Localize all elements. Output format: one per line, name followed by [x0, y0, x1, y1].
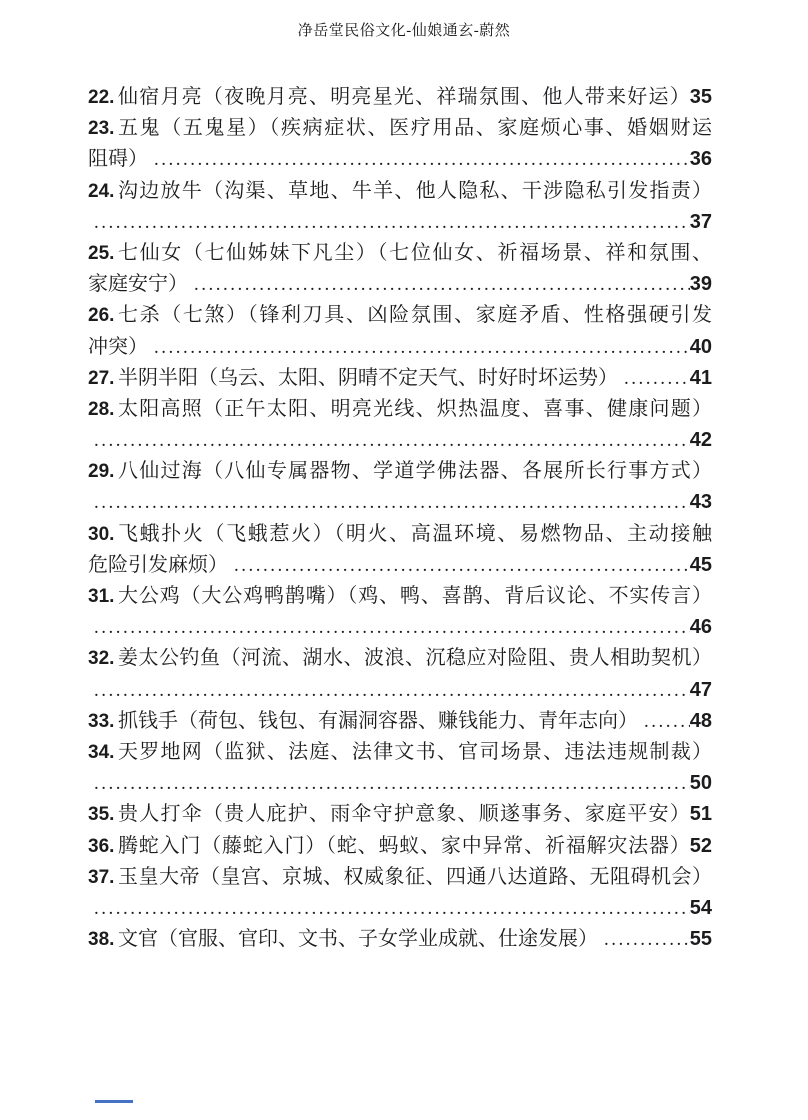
entry-text: 阻碍） [88, 144, 148, 175]
toc-line: 36.腾蛇入门（藤蛇入门）（蛇、蚂蚁、家中异常、祈福解灾法器）52 [88, 831, 712, 862]
toc-line: 32.姜太公钓鱼（河流、湖水、波浪、沉稳应对险阻、贵人相助契机） [88, 643, 712, 674]
entry-text: 七仙女（七仙姊妹下凡尘）（七位仙女、祈福场景、祥和氛围、 [118, 238, 712, 269]
entry-text: 天罗地网（监狱、法庭、法律文书、官司场景、违法违规制裁） [118, 737, 712, 768]
entry-number: 29. [88, 456, 118, 487]
dot-leader: ........................................… [88, 207, 690, 238]
entry-text: 腾蛇入门（藤蛇入门）（蛇、蚂蚁、家中异常、祈福解灾法器） [118, 831, 690, 862]
entry-number: 23. [88, 113, 118, 144]
entry-number: 37. [88, 862, 118, 893]
page-number: 50 [690, 768, 712, 799]
entry-number: 33. [88, 706, 118, 737]
entry-number: 32. [88, 643, 118, 674]
entry-number: 31. [88, 581, 118, 612]
page-number: 39 [690, 269, 712, 300]
dot-leader: ........................................… [148, 144, 690, 175]
toc-line: 29.八仙过海（八仙专属器物、学道学佛法器、各展所长行事方式） [88, 456, 712, 487]
dot-leader: ........................................… [88, 487, 690, 518]
dot-leader: ........................................… [88, 675, 690, 706]
page-number: 52 [690, 831, 712, 862]
toc-line: 35.贵人打伞（贵人庇护、雨伞守护意象、顺遂事务、家庭平安）51 [88, 799, 712, 830]
dot-leader: ........................................… [88, 768, 690, 799]
entry-text: 危险引发麻烦） [88, 550, 228, 581]
page-number: 41 [690, 363, 712, 394]
toc-line: ........................................… [88, 675, 712, 706]
page-number: 55 [690, 924, 712, 955]
entry-text: 七杀（七煞）（锋利刀具、凶险氛围、家庭矛盾、性格强硬引发 [118, 300, 712, 331]
entry-text: 八仙过海（八仙专属器物、学道学佛法器、各展所长行事方式） [118, 456, 712, 487]
page-number: 47 [690, 675, 712, 706]
toc-line: 23.五鬼（五鬼星）（疾病症状、医疗用品、家庭烦心事、婚姻财运 [88, 113, 712, 144]
entry-text: 贵人打伞（贵人庇护、雨伞守护意象、顺遂事务、家庭平安） [118, 799, 690, 830]
toc-line: ........................................… [88, 487, 712, 518]
toc-line: 27.半阴半阳（乌云、太阳、阴晴不定天气、时好时坏运势）............… [88, 363, 712, 394]
toc-line: ........................................… [88, 207, 712, 238]
entry-number: 27. [88, 363, 118, 394]
toc-line: ........................................… [88, 893, 712, 924]
page-number: 40 [690, 332, 712, 363]
dot-leader: ........................................… [598, 924, 690, 955]
entry-number: 30. [88, 519, 118, 550]
dot-leader: ........................................… [228, 550, 690, 581]
dot-leader: ........................................… [638, 706, 690, 737]
page-number: 45 [690, 550, 712, 581]
page-number: 54 [690, 893, 712, 924]
entry-text: 飞蛾扑火（飞蛾惹火）（明火、高温环境、易燃物品、主动接触 [118, 519, 712, 550]
toc-line: 22.仙宿月亮（夜晚月亮、明亮星光、祥瑞氛围、他人带来好运）35 [88, 82, 712, 113]
page-number: 46 [690, 612, 712, 643]
toc-line: 30.飞蛾扑火（飞蛾惹火）（明火、高温环境、易燃物品、主动接触 [88, 519, 712, 550]
dot-leader: ........................................… [618, 363, 690, 394]
entry-number: 22. [88, 82, 118, 113]
dot-leader: ........................................… [88, 425, 690, 456]
page-number: 42 [690, 425, 712, 456]
bottom-blue-mark [95, 1100, 133, 1103]
toc-line: 34.天罗地网（监狱、法庭、法律文书、官司场景、违法违规制裁） [88, 737, 712, 768]
page-title: 净岳堂民俗文化-仙娘通玄-蔚然 [0, 19, 808, 40]
toc-line: 危险引发麻烦）.................................… [88, 550, 712, 581]
entry-number: 35. [88, 799, 118, 830]
entry-text: 玉皇大帝（皇宫、京城、权威象征、四通八达道路、无阻碍机会） [118, 862, 712, 893]
toc-line: 阻碍）.....................................… [88, 144, 712, 175]
entry-text: 家庭安宁） [88, 269, 188, 300]
entry-number: 25. [88, 238, 118, 269]
page-number: 35 [690, 82, 712, 113]
toc-line: 38.文官（官服、官印、文书、子女学业成就、仕途发展）.............… [88, 924, 712, 955]
toc-line: 25.七仙女（七仙姊妹下凡尘）（七位仙女、祈福场景、祥和氛围、 [88, 238, 712, 269]
entry-number: 36. [88, 831, 118, 862]
entry-text: 五鬼（五鬼星）（疾病症状、医疗用品、家庭烦心事、婚姻财运 [118, 113, 712, 144]
entry-number: 34. [88, 737, 118, 768]
toc-line: 24.沟边放牛（沟渠、草地、牛羊、他人隐私、干涉隐私引发指责） [88, 176, 712, 207]
toc-line: 28.太阳高照（正午太阳、明亮光线、炽热温度、喜事、健康问题） [88, 394, 712, 425]
entry-text: 仙宿月亮（夜晚月亮、明亮星光、祥瑞氛围、他人带来好运） [118, 82, 690, 113]
toc-line: 冲突）.....................................… [88, 332, 712, 363]
page-number: 37 [690, 207, 712, 238]
toc: 22.仙宿月亮（夜晚月亮、明亮星光、祥瑞氛围、他人带来好运）3523.五鬼（五鬼… [88, 82, 712, 955]
toc-line: 31.大公鸡（大公鸡鸭鹊嘴）（鸡、鸭、喜鹊、背后议论、不实传言） [88, 581, 712, 612]
entry-number: 26. [88, 300, 118, 331]
entry-text: 文官（官服、官印、文书、子女学业成就、仕途发展） [118, 924, 598, 955]
entry-text: 姜太公钓鱼（河流、湖水、波浪、沉稳应对险阻、贵人相助契机） [118, 643, 712, 674]
dot-leader: ........................................… [188, 269, 690, 300]
toc-line: ........................................… [88, 425, 712, 456]
entry-text: 沟边放牛（沟渠、草地、牛羊、他人隐私、干涉隐私引发指责） [118, 176, 712, 207]
dot-leader: ........................................… [88, 893, 690, 924]
page-number: 36 [690, 144, 712, 175]
entry-text: 太阳高照（正午太阳、明亮光线、炽热温度、喜事、健康问题） [118, 394, 712, 425]
entry-text: 冲突） [88, 332, 148, 363]
toc-line: ........................................… [88, 612, 712, 643]
dot-leader: ........................................… [148, 332, 690, 363]
dot-leader: ........................................… [88, 612, 690, 643]
entry-text: 大公鸡（大公鸡鸭鹊嘴）（鸡、鸭、喜鹊、背后议论、不实传言） [118, 581, 712, 612]
toc-line: 37.玉皇大帝（皇宫、京城、权威象征、四通八达道路、无阻碍机会） [88, 862, 712, 893]
entry-text: 抓钱手（荷包、钱包、有漏洞容器、赚钱能力、青年志向） [118, 706, 638, 737]
document-page: 净岳堂民俗文化-仙娘通玄-蔚然 22.仙宿月亮（夜晚月亮、明亮星光、祥瑞氛围、他… [0, 0, 808, 1120]
entry-text: 半阴半阳（乌云、太阳、阴晴不定天气、时好时坏运势） [118, 363, 618, 394]
page-number: 48 [690, 706, 712, 737]
entry-number: 28. [88, 394, 118, 425]
toc-line: 26.七杀（七煞）（锋利刀具、凶险氛围、家庭矛盾、性格强硬引发 [88, 300, 712, 331]
page-number: 51 [690, 799, 712, 830]
toc-line: 家庭安宁）...................................… [88, 269, 712, 300]
toc-line: 33.抓钱手（荷包、钱包、有漏洞容器、赚钱能力、青年志向）...........… [88, 706, 712, 737]
entry-number: 24. [88, 176, 118, 207]
page-number: 43 [690, 487, 712, 518]
toc-line: ........................................… [88, 768, 712, 799]
entry-number: 38. [88, 924, 118, 955]
